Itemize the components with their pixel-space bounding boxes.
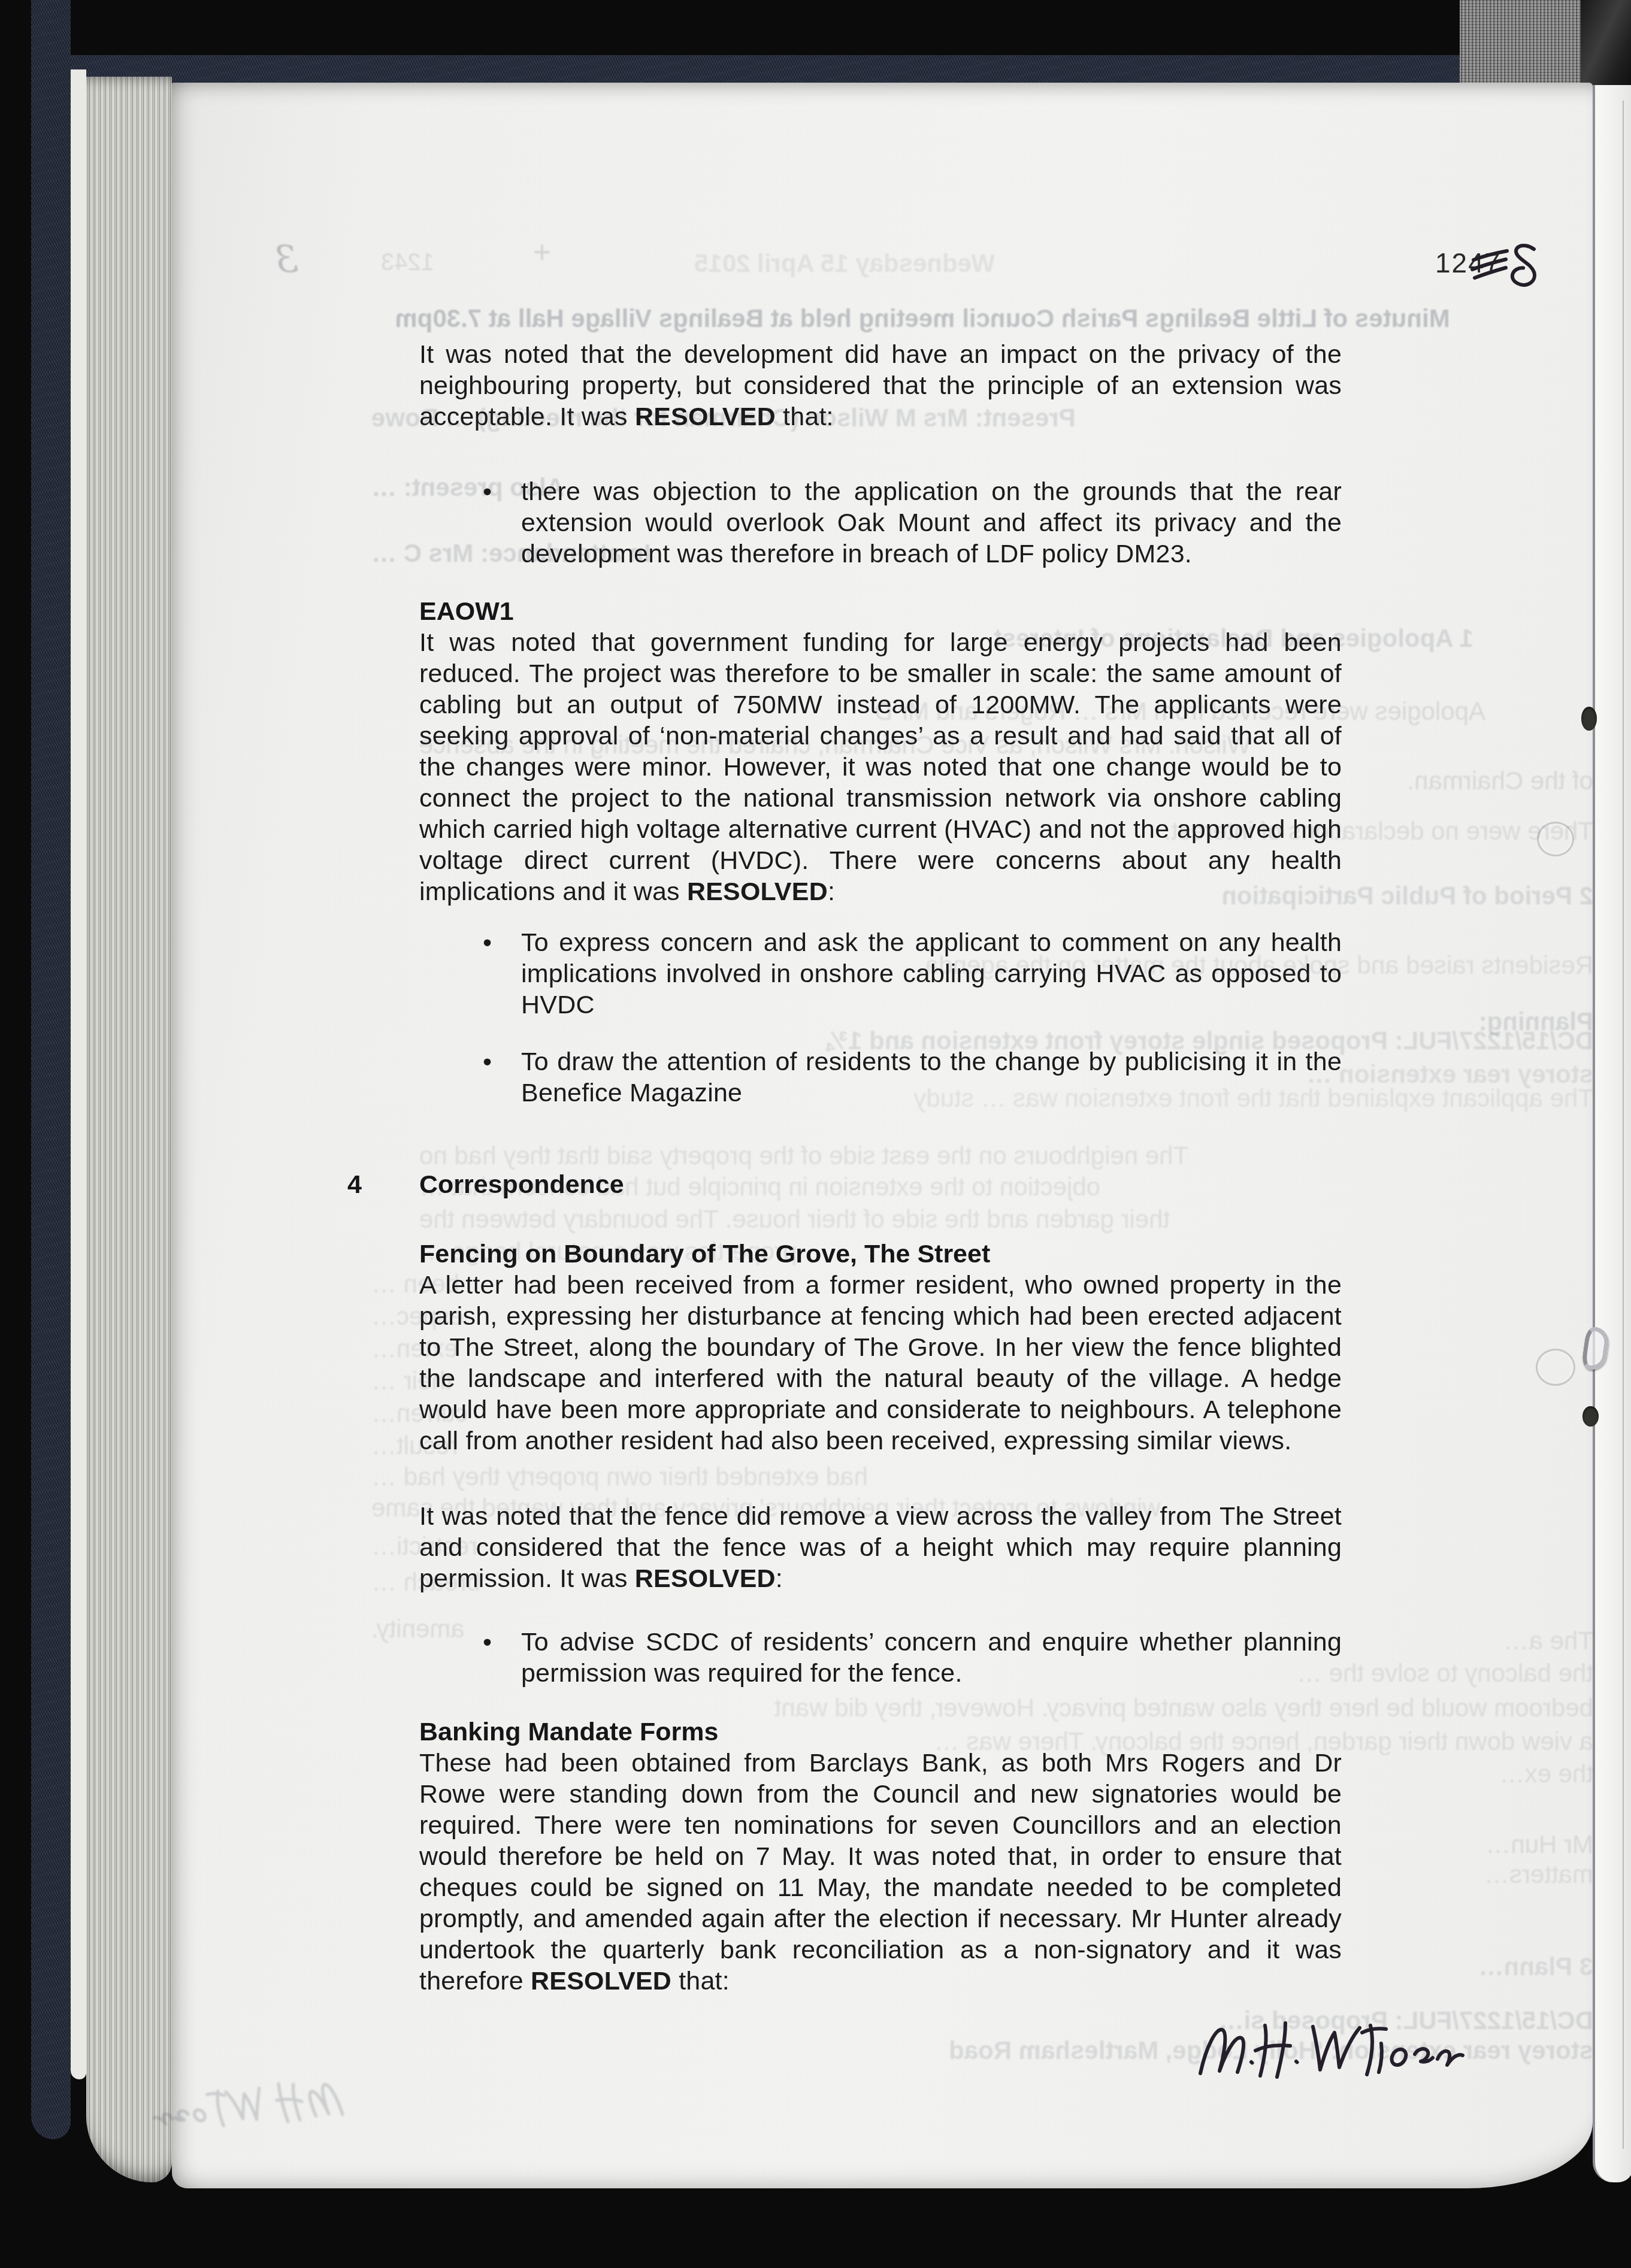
bullet-icon: • bbox=[483, 1627, 492, 1658]
bullet-advise-scdc: To advise SCDC of residents’ concern and… bbox=[521, 1627, 1342, 1689]
ghost-text-line: of the Chairman. bbox=[1390, 765, 1593, 797]
paragraph-fence-view-valley: It was noted that the fence did remove a… bbox=[419, 1501, 1342, 1594]
punch-hole-emboss-ring bbox=[1536, 1349, 1575, 1386]
paragraph-banking-mandate: These had been obtained from Barclays Ba… bbox=[419, 1748, 1342, 1997]
binder-hole bbox=[1581, 707, 1597, 731]
paragraph-text: that: bbox=[776, 402, 834, 431]
top-right-corner-shadow bbox=[1581, 0, 1631, 85]
bullet-objection-rear-extension: there was objection to the application o… bbox=[521, 476, 1342, 570]
heading-banking-mandate-forms: Banking Mandate Forms bbox=[419, 1716, 718, 1748]
paragraph-text: These had been obtained from Barclays Ba… bbox=[419, 1749, 1342, 1996]
bullet-express-concern-hvac: To express concern and ask the applicant… bbox=[521, 927, 1342, 1021]
paragraph-text: that: bbox=[671, 1967, 730, 1996]
ghost-handwritten-mark: + bbox=[497, 235, 551, 271]
paragraph-eaow1-energy-project: It was noted that government funding for… bbox=[419, 627, 1342, 907]
paragraph-text: : bbox=[776, 1564, 783, 1593]
handwritten-eight-correction bbox=[1469, 238, 1559, 304]
paragraph-text: It was noted that the development did ha… bbox=[419, 340, 1342, 431]
ghost-handwritten-mark: 1243 bbox=[326, 249, 434, 276]
signature-handwritten bbox=[1191, 2001, 1466, 2106]
paragraph-fencing-letter: A letter had been received from a former… bbox=[419, 1270, 1342, 1457]
ink-strikethrough bbox=[1475, 268, 1506, 278]
cover-inner-edge bbox=[71, 69, 86, 2079]
ghost-text-line: Minutes of Little Bealings Parish Counci… bbox=[371, 303, 1473, 334]
book-cover-top-edge bbox=[65, 55, 1464, 86]
binder-hole bbox=[1582, 1406, 1599, 1427]
ghost-text-line: storey rear extension: ‘Holly Lodge, Mar… bbox=[779, 2035, 1593, 2066]
paragraph-text: It was noted that the fence did remove a… bbox=[419, 1502, 1342, 1593]
resolved-keyword: RESOLVED bbox=[635, 1564, 776, 1593]
paragraph-development-privacy: It was noted that the development did ha… bbox=[419, 339, 1342, 432]
page-stack-edge bbox=[86, 77, 172, 2182]
next-page-edge bbox=[1593, 85, 1631, 2182]
resolved-keyword: RESOLVED bbox=[531, 1967, 671, 1996]
heading-eaow1: EAOW1 bbox=[419, 596, 514, 627]
bullet-icon: • bbox=[483, 1046, 492, 1077]
section-number: 4 bbox=[347, 1169, 362, 1200]
ghost-handwritten-mark: 3 bbox=[244, 237, 298, 281]
paragraph-text: It was noted that government funding for… bbox=[419, 628, 1342, 906]
handwritten-eight bbox=[1511, 244, 1540, 287]
ghost-text-line: 3 Plann… bbox=[1426, 1951, 1593, 1982]
ghost-text-line: The a… bbox=[1426, 1625, 1593, 1657]
ghost-text-line: Mr Hun… bbox=[1402, 1829, 1593, 1860]
ghost-text-line: The neighbours on the east side of the p… bbox=[419, 1140, 1485, 1171]
bullet-benefice-magazine: To draw the attention of residents to th… bbox=[521, 1046, 1342, 1109]
resolved-keyword: RESOLVED bbox=[687, 877, 828, 906]
ghost-text-line: had extended their own property they had… bbox=[371, 1461, 1138, 1492]
scanned-book-photo: Minutes of Little Bealings Parish Counci… bbox=[0, 0, 1631, 2268]
book-cover-left-edge bbox=[31, 0, 71, 2139]
bullet-icon: • bbox=[483, 927, 492, 958]
ghost-text-line: the ex… bbox=[1432, 1758, 1593, 1789]
ghost-text-line: matters… bbox=[1396, 1859, 1593, 1890]
next-page-edge-line bbox=[1623, 101, 1624, 2149]
heading-fencing-boundary: Fencing on Boundary of The Grove, The St… bbox=[419, 1239, 990, 1270]
bullet-icon: • bbox=[483, 476, 492, 507]
section-title-correspondence: Correspondence bbox=[419, 1169, 624, 1200]
ghost-text-line: their garden and the side of their house… bbox=[419, 1204, 1485, 1235]
grey-cloth-strip bbox=[1460, 0, 1581, 85]
resolved-keyword: RESOLVED bbox=[635, 402, 776, 431]
paragraph-text: : bbox=[828, 877, 835, 906]
ghost-text-line: Wednesday 15 April 2015 bbox=[635, 248, 1054, 279]
